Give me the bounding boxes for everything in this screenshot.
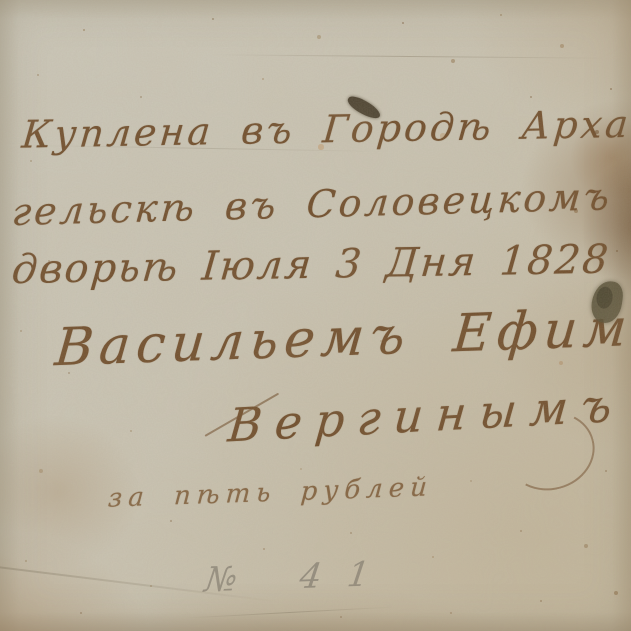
paper-crease bbox=[185, 607, 395, 619]
pencil-note: № 41 bbox=[203, 557, 398, 598]
handwriting-line-5-signature: Вергинымъ bbox=[226, 381, 626, 448]
handwriting-line-2: гельскѣ въ Соловецкомъ По bbox=[11, 175, 631, 231]
handwriting-line-4: Васильемъ Ефимовы bbox=[53, 298, 631, 375]
manuscript-page: Куплена въ Городѣ Архан гельскѣ въ Солов… bbox=[0, 0, 631, 631]
foxing-specks bbox=[0, 0, 2, 2]
handwriting-line-6-price: за пѣть рублей bbox=[107, 474, 434, 511]
paper-crease bbox=[210, 54, 610, 58]
handwriting-line-3: дворьѣ Іюля 3 Дня 1828 год bbox=[10, 238, 631, 290]
handwriting-line-1: Куплена въ Городѣ Архан bbox=[20, 104, 631, 153]
